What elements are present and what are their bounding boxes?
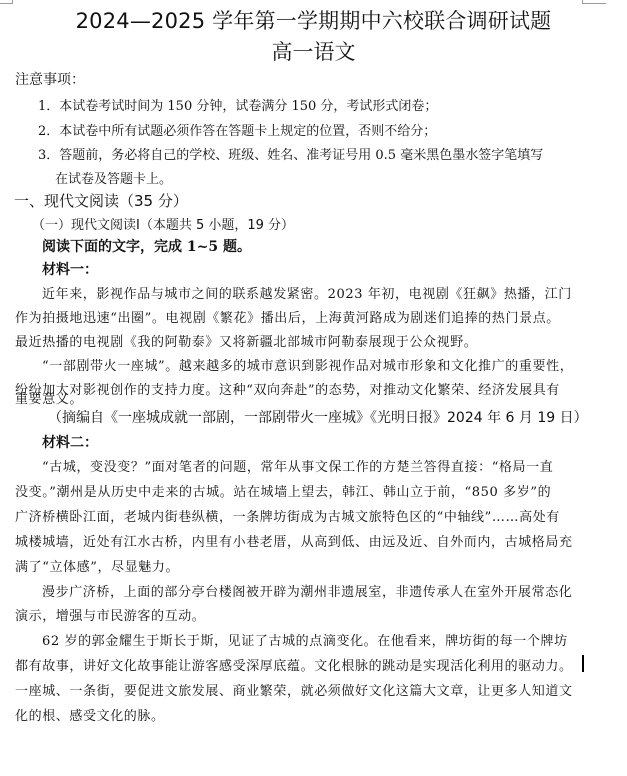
subsection-heading: （一）现代文阅读Ⅰ（本题共 5 小题，19 分） [32,214,294,233]
material-1-citation: （摘编自《一座城成就一部剧，一部剧带火一座城》《光明日报》2024 年 6 月 … [48,407,588,427]
exam-subject: 高一语文 [0,36,627,66]
section-heading: 一、现代文阅读（35 分） [14,190,188,211]
paragraph-line: 满了“立体感”，尽显魅力。 [15,556,179,575]
paragraph-line: 62 岁的郭金耀生于斯长于斯，见证了古城的点滴变化。在他看来，牌坊街的每一个牌坊 [42,630,568,649]
note-item-3-continued: 在试卷及答题卡上。 [55,168,172,187]
material-1-label: 材料一： [42,259,98,279]
note-item-3: 3．答题前，务必将自己的学校、班级、姓名、准考证号用 0.5 毫米黑色墨水签字笔… [38,144,543,163]
paragraph-line: “古城，变没变？”面对笔者的问题，常年从事文保工作的方楚兰答得直接：“格局一直 [42,456,553,475]
paragraph-line: 一座城、一条街，要促进文旅发展、商业繁荣，就必须做好文化这篇大文章，让更多人知道… [15,680,573,699]
paragraph-line: 作为拍摄地迅速“出圈”。电视剧《繁花》播出后，上海黄河路成为剧迷们追捧的热门景点… [15,307,560,326]
paragraph-line: 纷纷加大对影视创作的支持力度。这种“双向奔赴”的态势，对推动文化繁荣、经济发展具… [15,379,560,398]
paragraph-line: 漫步广济桥，上面的部分亭台楼阁被开辟为潮州非遗展室，非遗传承人在室外开展常态化 [42,581,572,600]
text-cursor [582,655,584,672]
exam-title: 2024—2025 学年第一学期期中六校联合调研试题 [0,5,627,35]
note-item-1: 1．本试卷考试时间为 150 分钟，试卷满分 150 分，考试形式闭卷； [38,95,437,114]
notes-heading: 注意事项： [15,69,85,89]
page-corner-mark-left [0,0,13,4]
paragraph-line: 广济桥横卧江面，老城内街巷纵横，一条牌坊街成为古城文旅特色区的“中轴线”……高处… [15,506,560,525]
paragraph-line: 重要意义。 [15,388,83,407]
paragraph-line: 演示，增强与市民游客的互动。 [15,605,205,624]
reading-instruction: 阅读下面的文字，完成 1~5 题。 [42,236,251,256]
paragraph-line: 没变。”潮州是从历史中走来的古城。站在城墙上望去，韩江、韩山立于前，“850 多… [15,481,551,500]
paragraph-line: 化的根、感受文化的脉。 [15,705,165,724]
paragraph-line: “一部剧带火一座城”。越来越多的城市意识到影视作品对城市形象和文化推广的重要性， [42,355,573,374]
page-corner-mark-right [582,0,606,4]
material-2-label: 材料二： [42,432,98,452]
paragraph-line: 城楼城墙，近处有江水古桥，内里有小巷老厝，从高到低、由远及近、自外而内，古城格局… [15,531,573,550]
note-item-2: 2．本试卷中所有试题必须作答在答题卡上规定的位置，否则不给分； [38,120,436,139]
paragraph-line: 近年来，影视作品与城市之间的联系越发紧密。2023 年初，电视剧《狂飙》热播，江… [42,283,572,302]
paragraph-line: 最近热播的电视剧《我的阿勒泰》又将新疆北部城市阿勒泰展现于公众视野。 [15,331,477,350]
paragraph-line: 都有故事，讲好文化故事能让游客感受深厚底蕴。文化根脉的跳动是实现活化利用的驱动力… [15,655,573,674]
